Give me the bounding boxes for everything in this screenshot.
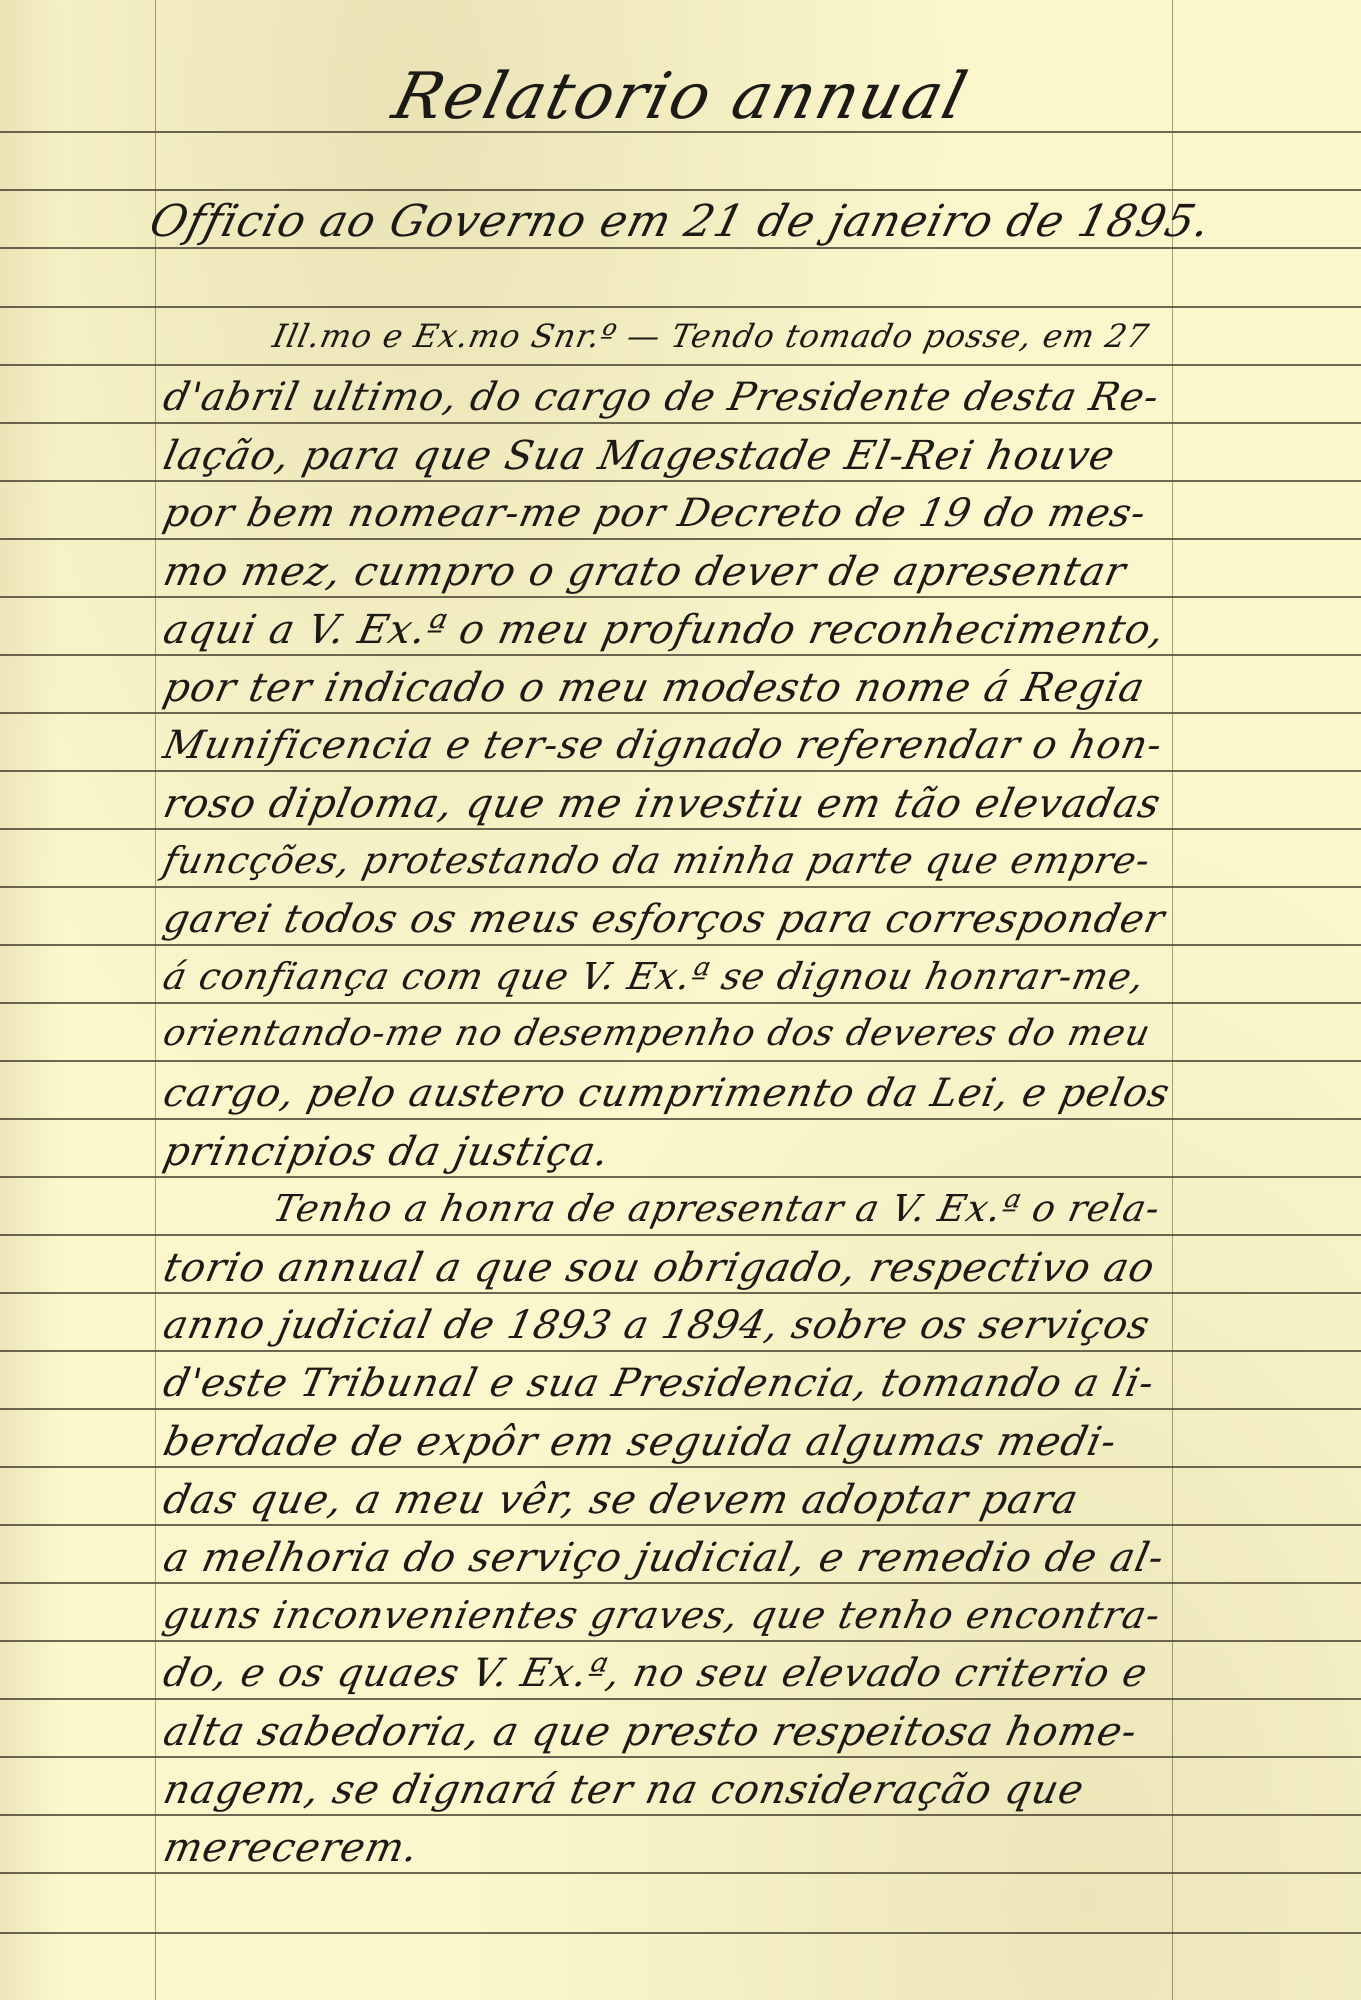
ruled-line xyxy=(0,770,1361,772)
right-margin-line xyxy=(1172,0,1173,2000)
ruled-line xyxy=(0,1698,1361,1700)
text-line: garei todos os meus esforços para corres… xyxy=(160,900,1178,939)
ruled-line xyxy=(0,422,1361,424)
page-subtitle: Officio ao Governo em 21 de janeiro de 1… xyxy=(0,196,1361,247)
ruled-line xyxy=(0,1872,1361,1874)
text-line: anno judicial de 1893 a 1894, sobre os s… xyxy=(160,1306,1178,1345)
ruled-line xyxy=(0,1176,1361,1178)
text-line: berdade de expôr em seguida algumas medi… xyxy=(160,1422,1179,1462)
ruled-line xyxy=(0,1060,1361,1062)
ruled-line xyxy=(0,189,1361,191)
text-line: aqui a V. Ex.ª o meu profundo reconhecim… xyxy=(160,610,1179,650)
text-line: roso diploma, que me investiu em tão ele… xyxy=(160,784,1179,824)
text-line: nagem, se dignará ter na consideração qu… xyxy=(160,1770,1179,1810)
ruled-line xyxy=(0,944,1361,946)
text-line: do, e os quaes V. Ex.ª, no seu elevado c… xyxy=(160,1654,1178,1693)
ruled-line xyxy=(0,1756,1361,1758)
ruled-line xyxy=(0,712,1361,714)
ruled-line xyxy=(0,1002,1361,1004)
text-line: funcções, protestando da minha parte que… xyxy=(160,842,1178,879)
ruled-line xyxy=(0,480,1361,482)
text-line: por bem nomear-me por Decreto de 19 do m… xyxy=(160,494,1178,533)
ruled-line xyxy=(0,364,1361,366)
ruled-line xyxy=(0,886,1361,888)
ruled-paper xyxy=(0,0,1361,2000)
ruled-line xyxy=(0,828,1361,830)
text-line: merecerem. xyxy=(160,1828,1179,1868)
ruled-line xyxy=(0,538,1361,540)
ruled-line xyxy=(0,1814,1361,1816)
text-line: cargo, pelo austero cumprimento da Lei, … xyxy=(160,1074,1178,1113)
text-line: alta sabedoria, a que presto respeitosa … xyxy=(160,1712,1179,1752)
ruled-line xyxy=(0,1408,1361,1410)
ruled-line xyxy=(0,1524,1361,1526)
ruled-line xyxy=(0,1640,1361,1642)
ruled-line xyxy=(0,1118,1361,1120)
text-line: d'abril ultimo, do cargo de Presidente d… xyxy=(160,378,1178,417)
text-line: guns inconvenientes graves, que tenho en… xyxy=(160,1596,1178,1634)
ruled-line xyxy=(0,1234,1361,1236)
text-line: das que, a meu vêr, se devem adoptar par… xyxy=(160,1480,1179,1520)
left-margin-line xyxy=(155,0,156,2000)
ruled-line xyxy=(0,1932,1361,1934)
ruled-line xyxy=(0,654,1361,656)
text-line: torio annual a que sou obrigado, respect… xyxy=(160,1248,1179,1288)
text-line: por ter indicado o meu modesto nome á Re… xyxy=(160,668,1179,708)
text-line: mo mez, cumpro o grato dever de apresent… xyxy=(160,552,1179,592)
text-line: Tenho a honra de apresentar a V. Ex.ª o … xyxy=(160,1190,1178,1227)
text-line: lação, para que Sua Magestade El-Rei hou… xyxy=(160,436,1179,476)
text-line: d'este Tribunal e sua Presidencia, toman… xyxy=(160,1364,1178,1403)
text-line: orientando-me no desempenho dos deveres … xyxy=(160,1016,1178,1052)
text-line: Ill.mo e Ex.mo Snr.º — Tendo tomado poss… xyxy=(160,320,1177,352)
ruled-line xyxy=(0,1292,1361,1294)
ruled-line xyxy=(0,1466,1361,1468)
ruled-line xyxy=(0,596,1361,598)
ruled-line xyxy=(0,306,1361,308)
page-title: Relatorio annual xyxy=(0,60,1361,134)
text-line: a melhoria do serviço judicial, e remedi… xyxy=(160,1538,1179,1578)
text-line: á confiança com que V. Ex.ª se dignou ho… xyxy=(160,958,1178,995)
ruled-line xyxy=(0,247,1361,249)
ruled-line xyxy=(0,1350,1361,1352)
text-line: principios da justiça. xyxy=(160,1132,1179,1172)
text-line: Munificencia e ter-se dignado referendar… xyxy=(160,726,1178,765)
ruled-line xyxy=(0,1582,1361,1584)
